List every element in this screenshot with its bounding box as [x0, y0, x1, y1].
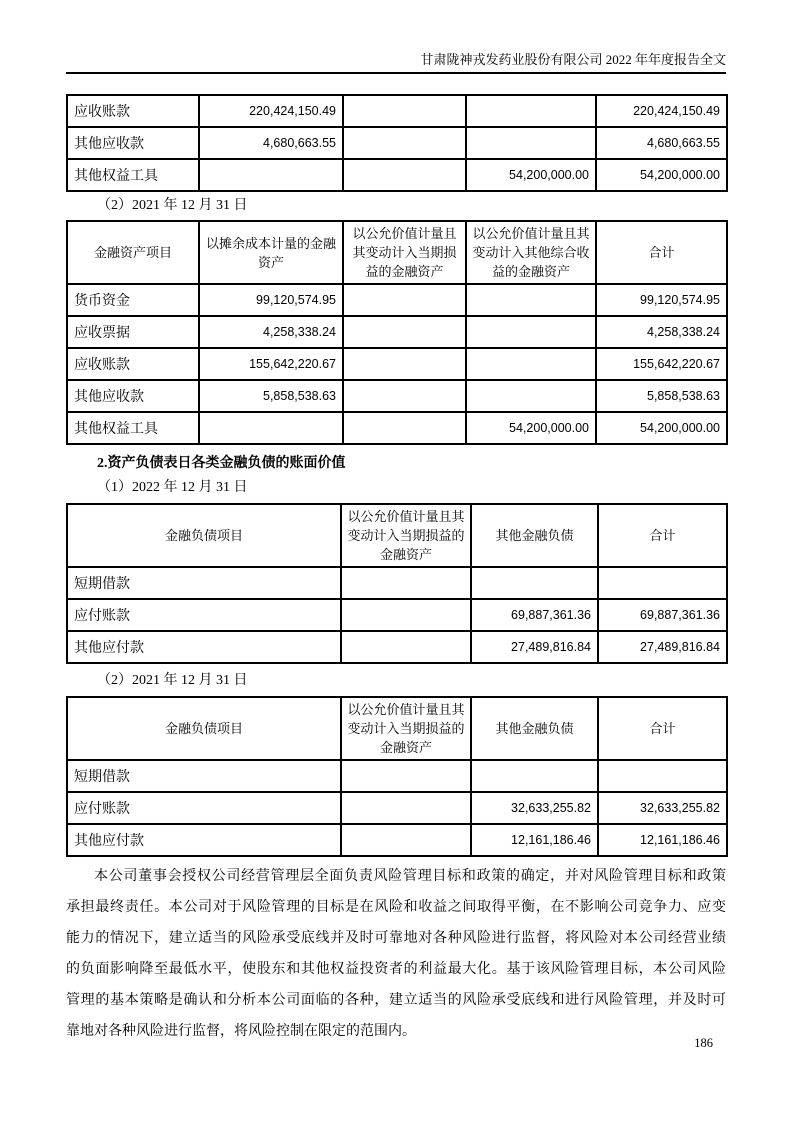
- table-header-row: 金融负债项目以公允价值计量且其变动计入当期损益的金融资产其他金融负债合计: [67, 504, 727, 567]
- table-row: 其他应付款27,489,816.8427,489,816.84: [67, 631, 727, 663]
- table-header-cell: 以公允价值计量且其变动计入当期损益的金融资产: [341, 697, 471, 760]
- amount-cell: 4,258,338.24: [596, 316, 727, 348]
- amount-cell: 54,200,000.00: [466, 412, 596, 444]
- table-row: 其他权益工具54,200,000.0054,200,000.00: [67, 412, 727, 444]
- amount-cell: [343, 127, 466, 159]
- row-label-cell: 其他应付款: [67, 631, 341, 663]
- table-header-row: 金融资产项目以摊余成本计量的金融资产以公允价值计量且其变动计入当期损益的金融资产…: [67, 221, 727, 284]
- amount-cell: 54,200,000.00: [596, 412, 727, 444]
- table-row: 应收账款155,642,220.67155,642,220.67: [67, 348, 727, 380]
- row-label-cell: 其他应付款: [67, 824, 341, 856]
- table-row: 其他应收款4,680,663.554,680,663.55: [67, 127, 727, 159]
- row-label-cell: 货币资金: [67, 284, 199, 316]
- row-label-cell: 其他应收款: [67, 127, 199, 159]
- table-row: 短期借款: [67, 567, 727, 599]
- amount-cell: 69,887,361.36: [598, 599, 727, 631]
- table-header-cell: 金融资产项目: [67, 221, 199, 284]
- table-header-cell: 合计: [598, 504, 727, 567]
- amount-cell: [199, 412, 343, 444]
- heading-liabilities-section: 2.资产负债表日各类金融负债的账面价值: [66, 455, 726, 473]
- amount-cell: 32,633,255.82: [598, 792, 727, 824]
- amount-cell: [466, 316, 596, 348]
- table-header-cell: 以公允价值计量且其变动计入其他综合收益的金融资产: [466, 221, 596, 284]
- paragraph-line: 管理的基本策略是确认和分析本公司面临的各种，建立适当的风险承受底线和进行风险管理…: [66, 985, 726, 1016]
- risk-management-paragraph: 本公司董事会授权公司经营管理层全面负责风险管理目标和政策的确定，并对风险管理目标…: [66, 861, 726, 1047]
- document-page: 甘肃陇神戎发药业股份有限公司 2022 年年度报告全文 应收账款220,424,…: [0, 0, 793, 1122]
- amount-cell: 12,161,186.46: [471, 824, 598, 856]
- table-header-cell: 合计: [598, 697, 727, 760]
- amount-cell: 27,489,816.84: [598, 631, 727, 663]
- amount-cell: 4,680,663.55: [199, 127, 343, 159]
- table-header-cell: 金融负债项目: [67, 504, 341, 567]
- report-header-title: 甘肃陇神戎发药业股份有限公司 2022 年年度报告全文: [420, 52, 726, 67]
- amount-cell: 54,200,000.00: [466, 159, 596, 191]
- table-row: 货币资金99,120,574.9599,120,574.95: [67, 284, 727, 316]
- amount-cell: 155,642,220.67: [596, 348, 727, 380]
- amount-cell: [466, 127, 596, 159]
- amount-cell: 99,120,574.95: [596, 284, 727, 316]
- amount-cell: [341, 760, 471, 792]
- amount-cell: 5,858,538.63: [199, 380, 343, 412]
- amount-cell: [471, 567, 598, 599]
- table-row: 短期借款: [67, 760, 727, 792]
- amount-cell: [466, 348, 596, 380]
- paragraph-line: 能力的情况下，建立适当的风险承受底线并及时可靠地对各种风险进行监督，将风险对本公…: [66, 923, 726, 954]
- amount-cell: [343, 348, 466, 380]
- amount-cell: [466, 95, 596, 127]
- table-row: 其他应付款12,161,186.4612,161,186.46: [67, 824, 727, 856]
- row-label-cell: 应付账款: [67, 599, 341, 631]
- amount-cell: [341, 599, 471, 631]
- financial-assets-2021-table: 金融资产项目以摊余成本计量的金融资产以公允价值计量且其变动计入当期损益的金融资产…: [66, 220, 728, 445]
- amount-cell: 54,200,000.00: [596, 159, 727, 191]
- amount-cell: 32,633,255.82: [471, 792, 598, 824]
- amount-cell: [466, 284, 596, 316]
- amount-cell: [343, 284, 466, 316]
- amount-cell: 27,489,816.84: [471, 631, 598, 663]
- amount-cell: [466, 380, 596, 412]
- amount-cell: 155,642,220.67: [199, 348, 343, 380]
- amount-cell: 220,424,150.49: [199, 95, 343, 127]
- row-label-cell: 其他权益工具: [67, 159, 199, 191]
- table-header-cell: 金融负债项目: [67, 697, 341, 760]
- amount-cell: [341, 631, 471, 663]
- table-header-cell: 其他金融负债: [471, 504, 598, 567]
- page-number: 186: [694, 1036, 713, 1051]
- table-row: 应收票据4,258,338.244,258,338.24: [67, 316, 727, 348]
- amount-cell: [341, 567, 471, 599]
- amount-cell: 69,887,361.36: [471, 599, 598, 631]
- table-row: 应付账款32,633,255.8232,633,255.82: [67, 792, 727, 824]
- table-header-cell: 合计: [596, 221, 727, 284]
- row-label-cell: 应收账款: [67, 348, 199, 380]
- financial-liabilities-2021-table: 金融负债项目以公允价值计量且其变动计入当期损益的金融资产其他金融负债合计短期借款…: [66, 696, 728, 857]
- amount-cell: 99,120,574.95: [199, 284, 343, 316]
- table-header-row: 金融负债项目以公允价值计量且其变动计入当期损益的金融资产其他金融负债合计: [67, 697, 727, 760]
- table-row: 其他应收款5,858,538.635,858,538.63: [67, 380, 727, 412]
- amount-cell: [343, 316, 466, 348]
- row-label-cell: 应付账款: [67, 792, 341, 824]
- row-label-cell: 其他应收款: [67, 380, 199, 412]
- financial-assets-2022-table-continuation: 应收账款220,424,150.49220,424,150.49其他应收款4,6…: [66, 94, 728, 192]
- row-label-cell: 其他权益工具: [67, 412, 199, 444]
- paragraph-line: 的负面影响降至最低水平，使股东和其他权益投资者的利益最大化。基于该风险管理目标，…: [66, 954, 726, 985]
- row-label-cell: 应收票据: [67, 316, 199, 348]
- table-header-cell: 以公允价值计量且其变动计入当期损益的金融资产: [341, 504, 471, 567]
- table-row: 应付账款69,887,361.3669,887,361.36: [67, 599, 727, 631]
- page-content: 甘肃陇神戎发药业股份有限公司 2022 年年度报告全文 应收账款220,424,…: [66, 0, 726, 1047]
- amount-cell: [598, 567, 727, 599]
- heading-assets-2021-date: （2）2021 年 12 月 31 日: [66, 197, 726, 215]
- paragraph-line: 本公司董事会授权公司经营管理层全面负责风险管理目标和政策的确定，并对风险管理目标…: [66, 861, 726, 892]
- amount-cell: [341, 792, 471, 824]
- amount-cell: 4,680,663.55: [596, 127, 727, 159]
- financial-liabilities-2022-table: 金融负债项目以公允价值计量且其变动计入当期损益的金融资产其他金融负债合计短期借款…: [66, 503, 728, 664]
- table-header-cell: 以摊余成本计量的金融资产: [199, 221, 343, 284]
- table-header-cell: 以公允价值计量且其变动计入当期损益的金融资产: [343, 221, 466, 284]
- row-label-cell: 短期借款: [67, 760, 341, 792]
- table-row: 应收账款220,424,150.49220,424,150.49: [67, 95, 727, 127]
- paragraph-line: 承担最终责任。本公司对于风险管理的目标是在风险和收益之间取得平衡，在不影响公司竞…: [66, 892, 726, 923]
- amount-cell: [341, 824, 471, 856]
- table-row: 其他权益工具54,200,000.0054,200,000.00: [67, 159, 727, 191]
- amount-cell: [343, 159, 466, 191]
- heading-liabilities-2021-date: （2）2021 年 12 月 31 日: [66, 672, 726, 690]
- amount-cell: [343, 380, 466, 412]
- amount-cell: [343, 95, 466, 127]
- table-header-cell: 其他金融负债: [471, 697, 598, 760]
- amount-cell: [598, 760, 727, 792]
- amount-cell: 4,258,338.24: [199, 316, 343, 348]
- amount-cell: [343, 412, 466, 444]
- row-label-cell: 短期借款: [67, 567, 341, 599]
- amount-cell: 12,161,186.46: [598, 824, 727, 856]
- paragraph-line: 靠地对各种风险进行监督，将风险控制在限定的范围内。: [66, 1016, 726, 1047]
- page-header: 甘肃陇神戎发药业股份有限公司 2022 年年度报告全文: [66, 0, 726, 74]
- amount-cell: [471, 760, 598, 792]
- amount-cell: [199, 159, 343, 191]
- row-label-cell: 应收账款: [67, 95, 199, 127]
- heading-liabilities-2022-date: （1）2022 年 12 月 31 日: [66, 479, 726, 497]
- amount-cell: 5,858,538.63: [596, 380, 727, 412]
- amount-cell: 220,424,150.49: [596, 95, 727, 127]
